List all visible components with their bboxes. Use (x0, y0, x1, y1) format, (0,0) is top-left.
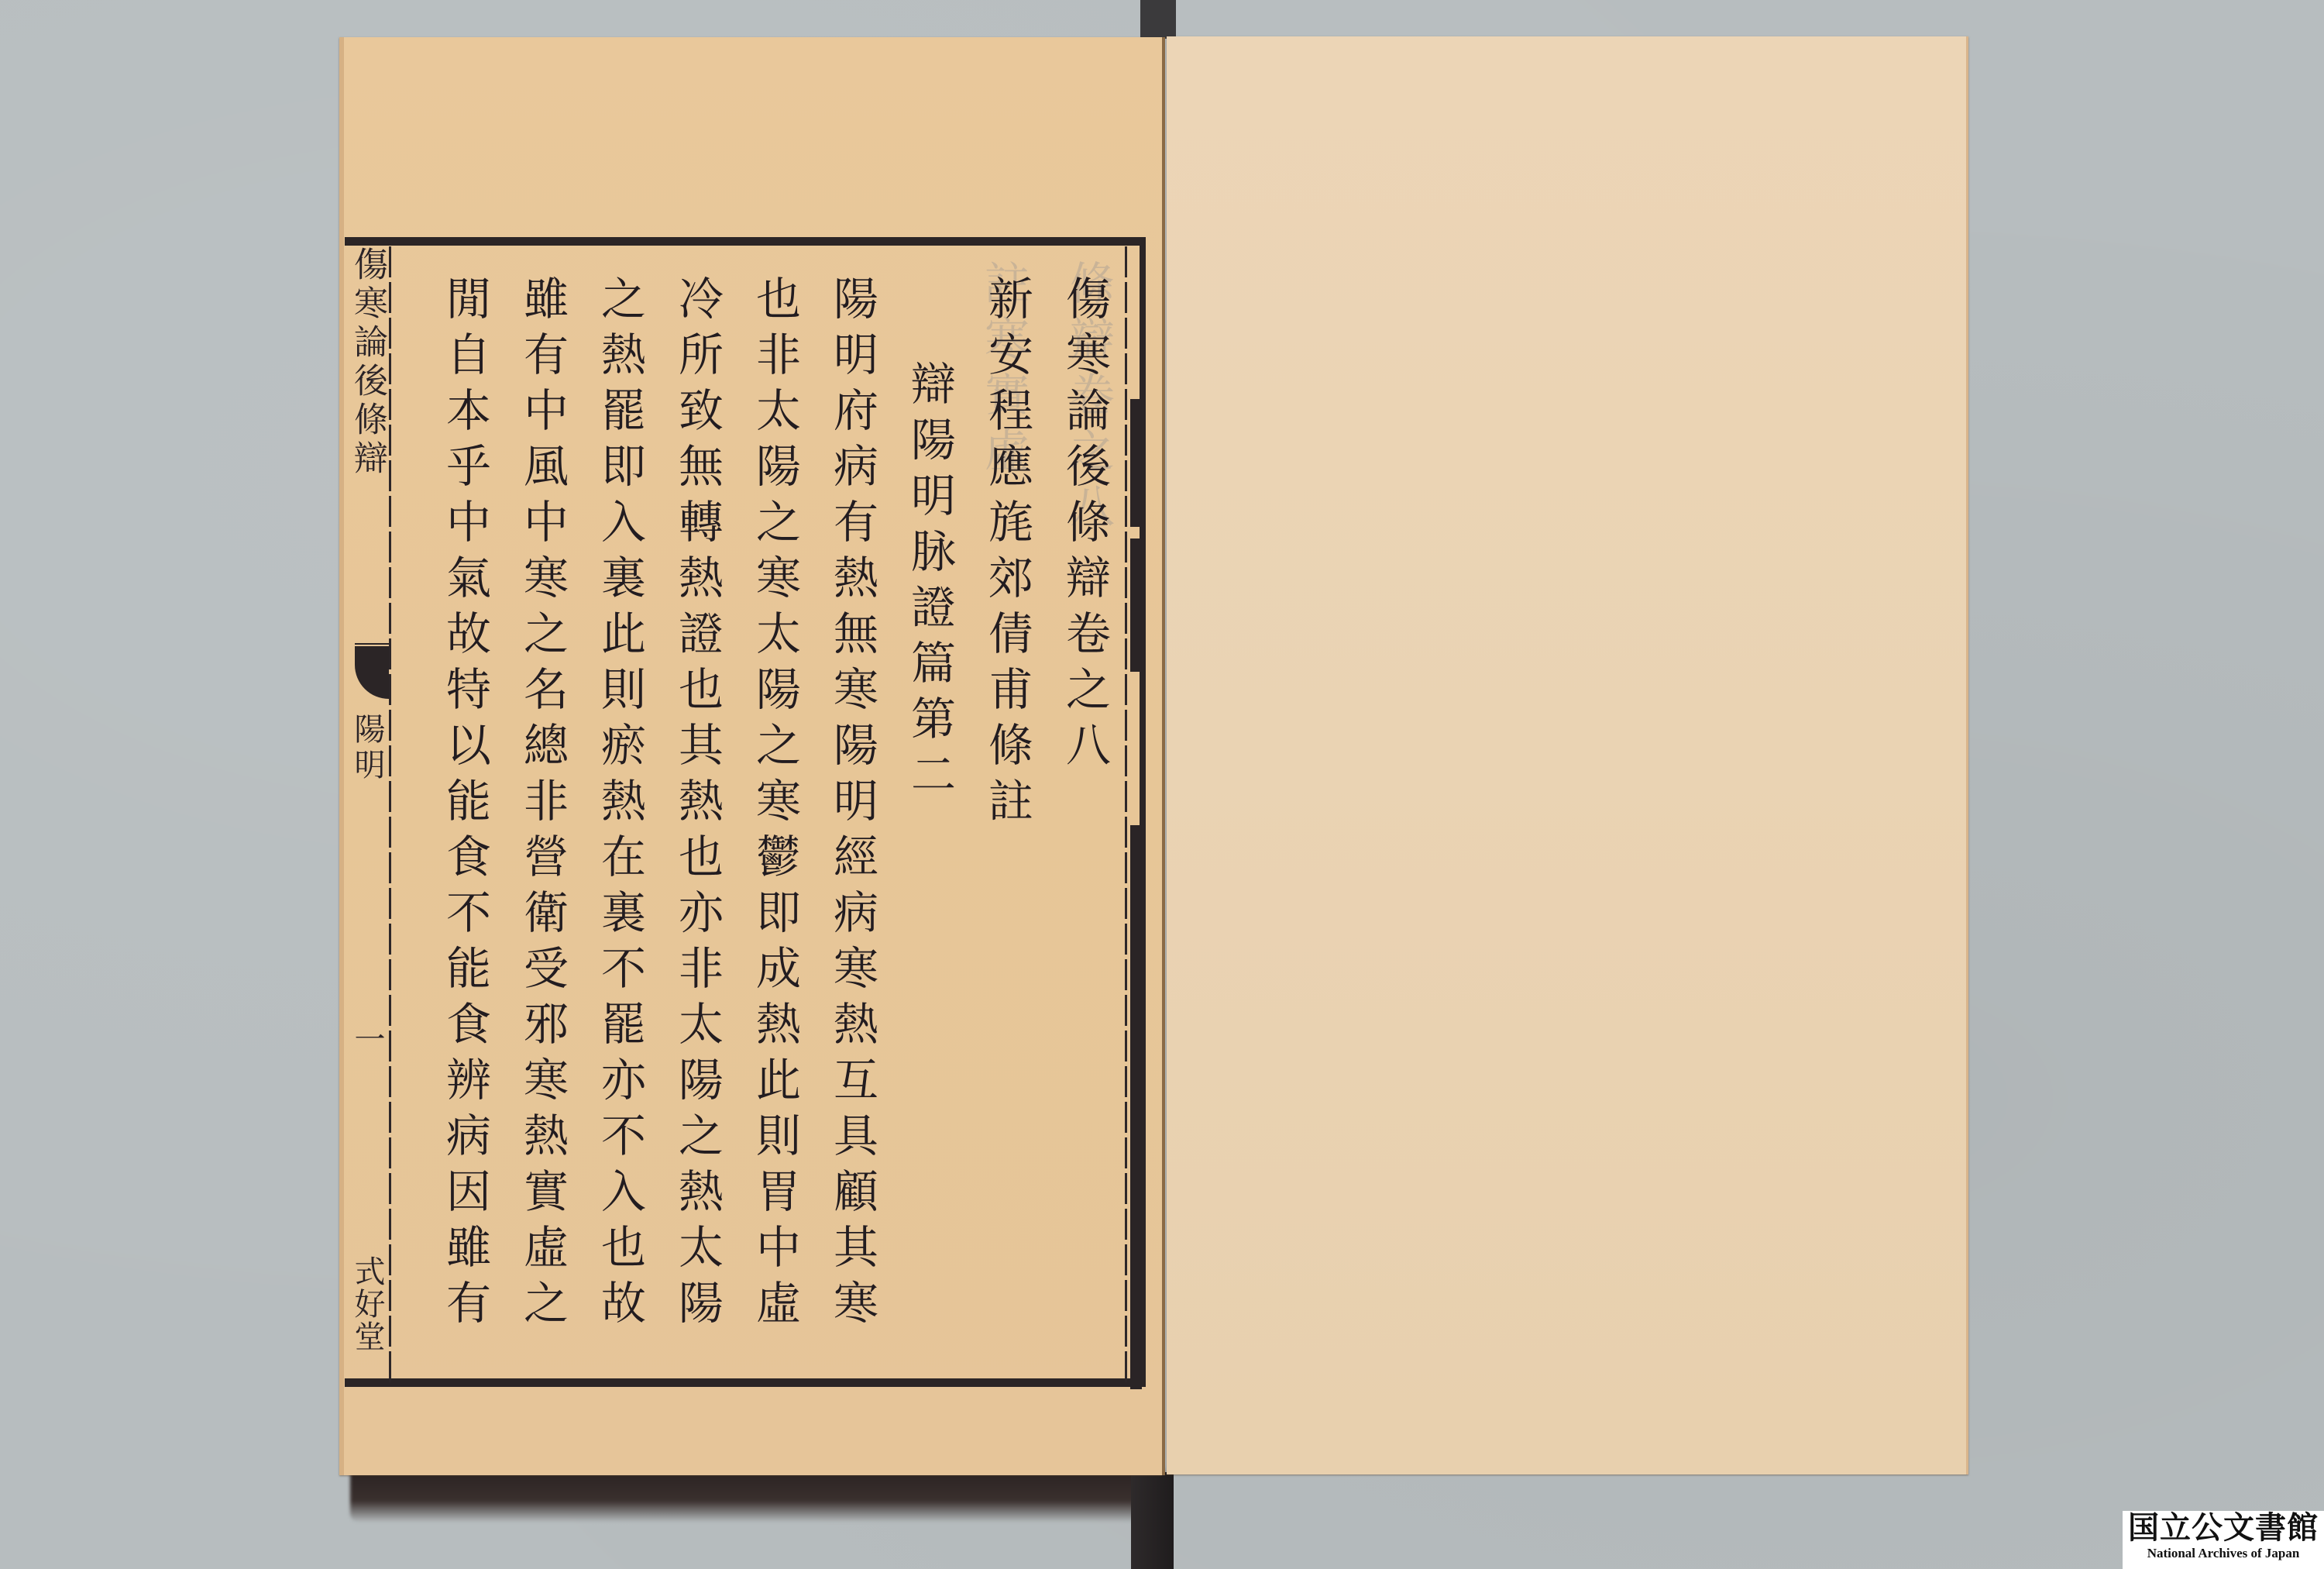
frame-inner-rule-right (1125, 246, 1127, 1382)
spine-shadow-top (1140, 0, 1176, 39)
text-column-volume-title: 傷寒論後條辯卷之八 (1046, 275, 1123, 1383)
text-column-chapter-heading: 辯陽明脉證篇第二 (891, 275, 968, 1383)
frame-right-bar-middle (1130, 538, 1142, 672)
text-column-body: 陽明府病有熱無寒陽明經病寒熱互具顧其寒 (813, 275, 891, 1383)
text-column-body: 冷所致無轉熱證也其熱也亦非太陽之熱太陽 (658, 275, 736, 1383)
text-column-body: 之熱罷即入裏此則瘀熱在裏不罷亦不入也故 (581, 275, 658, 1383)
spine-shadow-bottom (1131, 1472, 1174, 1569)
center-column-rule (389, 246, 391, 1382)
watermark-english: National Archives of Japan (2123, 1545, 2324, 1562)
margin-publisher: 式好堂 (347, 1255, 387, 1353)
archive-watermark-logo: 国立公文書館 National Archives of Japan (2123, 1511, 2324, 1569)
margin-book-title: 傷寒論後條辯 (347, 246, 387, 479)
watermark-japanese: 国立公文書館 (2123, 1511, 2324, 1545)
margin-page-number: 一 (347, 1023, 387, 1058)
frame-right-bar-lower (1130, 825, 1142, 1389)
right-page-blank (1167, 36, 1968, 1474)
text-column-body: 也非太陽之寒太陽之寒鬱即成熱此則胃中虛 (736, 275, 813, 1383)
margin-chapter-label: 陽明 (347, 713, 387, 784)
text-column-author: 新安程應旄郊倩甫條註 (968, 275, 1046, 1383)
text-column-body: 雖有中風中寒之名總非營衛受邪寒熱實虛之 (504, 275, 581, 1383)
main-text-block: 傷寒論後條辯卷之八 新安程應旄郊倩甫條註 辯陽明脉證篇第二 陽明府病有熱無寒陽明… (403, 275, 1123, 1383)
text-column-body: 閒自本乎中氣故特以能食不能食辨病因雖有 (426, 275, 504, 1383)
frame-right-bar-upper (1130, 399, 1142, 527)
book-block-shadow (350, 1468, 1164, 1523)
gutter (1162, 37, 1165, 1475)
